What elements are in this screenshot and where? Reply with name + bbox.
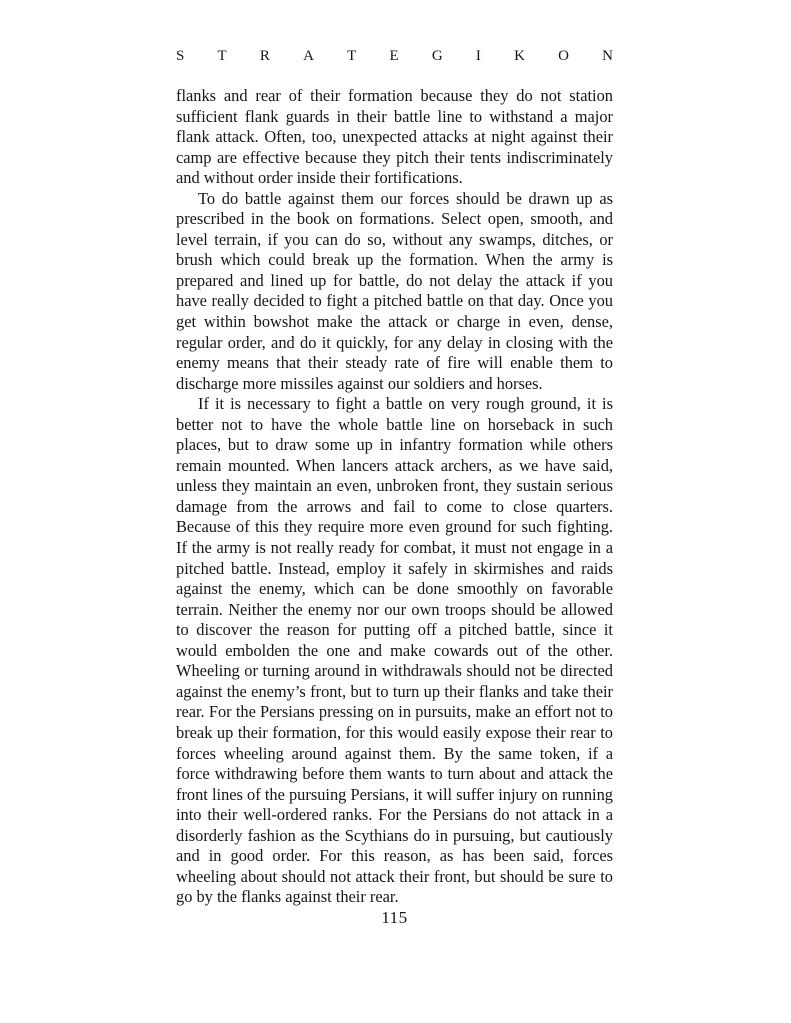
book-page: S T R A T E G I K O N flanks and rear of… bbox=[176, 0, 613, 1023]
running-head-letter: S bbox=[176, 46, 184, 66]
body-text: flanks and rear of their formation becau… bbox=[176, 86, 613, 908]
running-head-letter: R bbox=[260, 46, 270, 66]
paragraph-battle-formation: To do battle against them our forces sho… bbox=[176, 189, 613, 394]
running-head-letter: A bbox=[303, 46, 314, 66]
running-head-letter: O bbox=[558, 46, 569, 66]
paragraph-rough-ground: If it is necessary to fight a battle on … bbox=[176, 394, 613, 908]
running-head-letter: N bbox=[602, 46, 613, 66]
running-head-letter: G bbox=[432, 46, 443, 66]
paragraph-continuation: flanks and rear of their formation becau… bbox=[176, 86, 613, 189]
running-head-letter: K bbox=[514, 46, 525, 66]
running-head: S T R A T E G I K O N bbox=[176, 46, 613, 66]
running-head-letter: I bbox=[476, 46, 481, 66]
page-number: 115 bbox=[176, 907, 613, 929]
running-head-letter: T bbox=[347, 46, 356, 66]
running-head-letter: T bbox=[218, 46, 227, 66]
running-head-letter: E bbox=[389, 46, 398, 66]
